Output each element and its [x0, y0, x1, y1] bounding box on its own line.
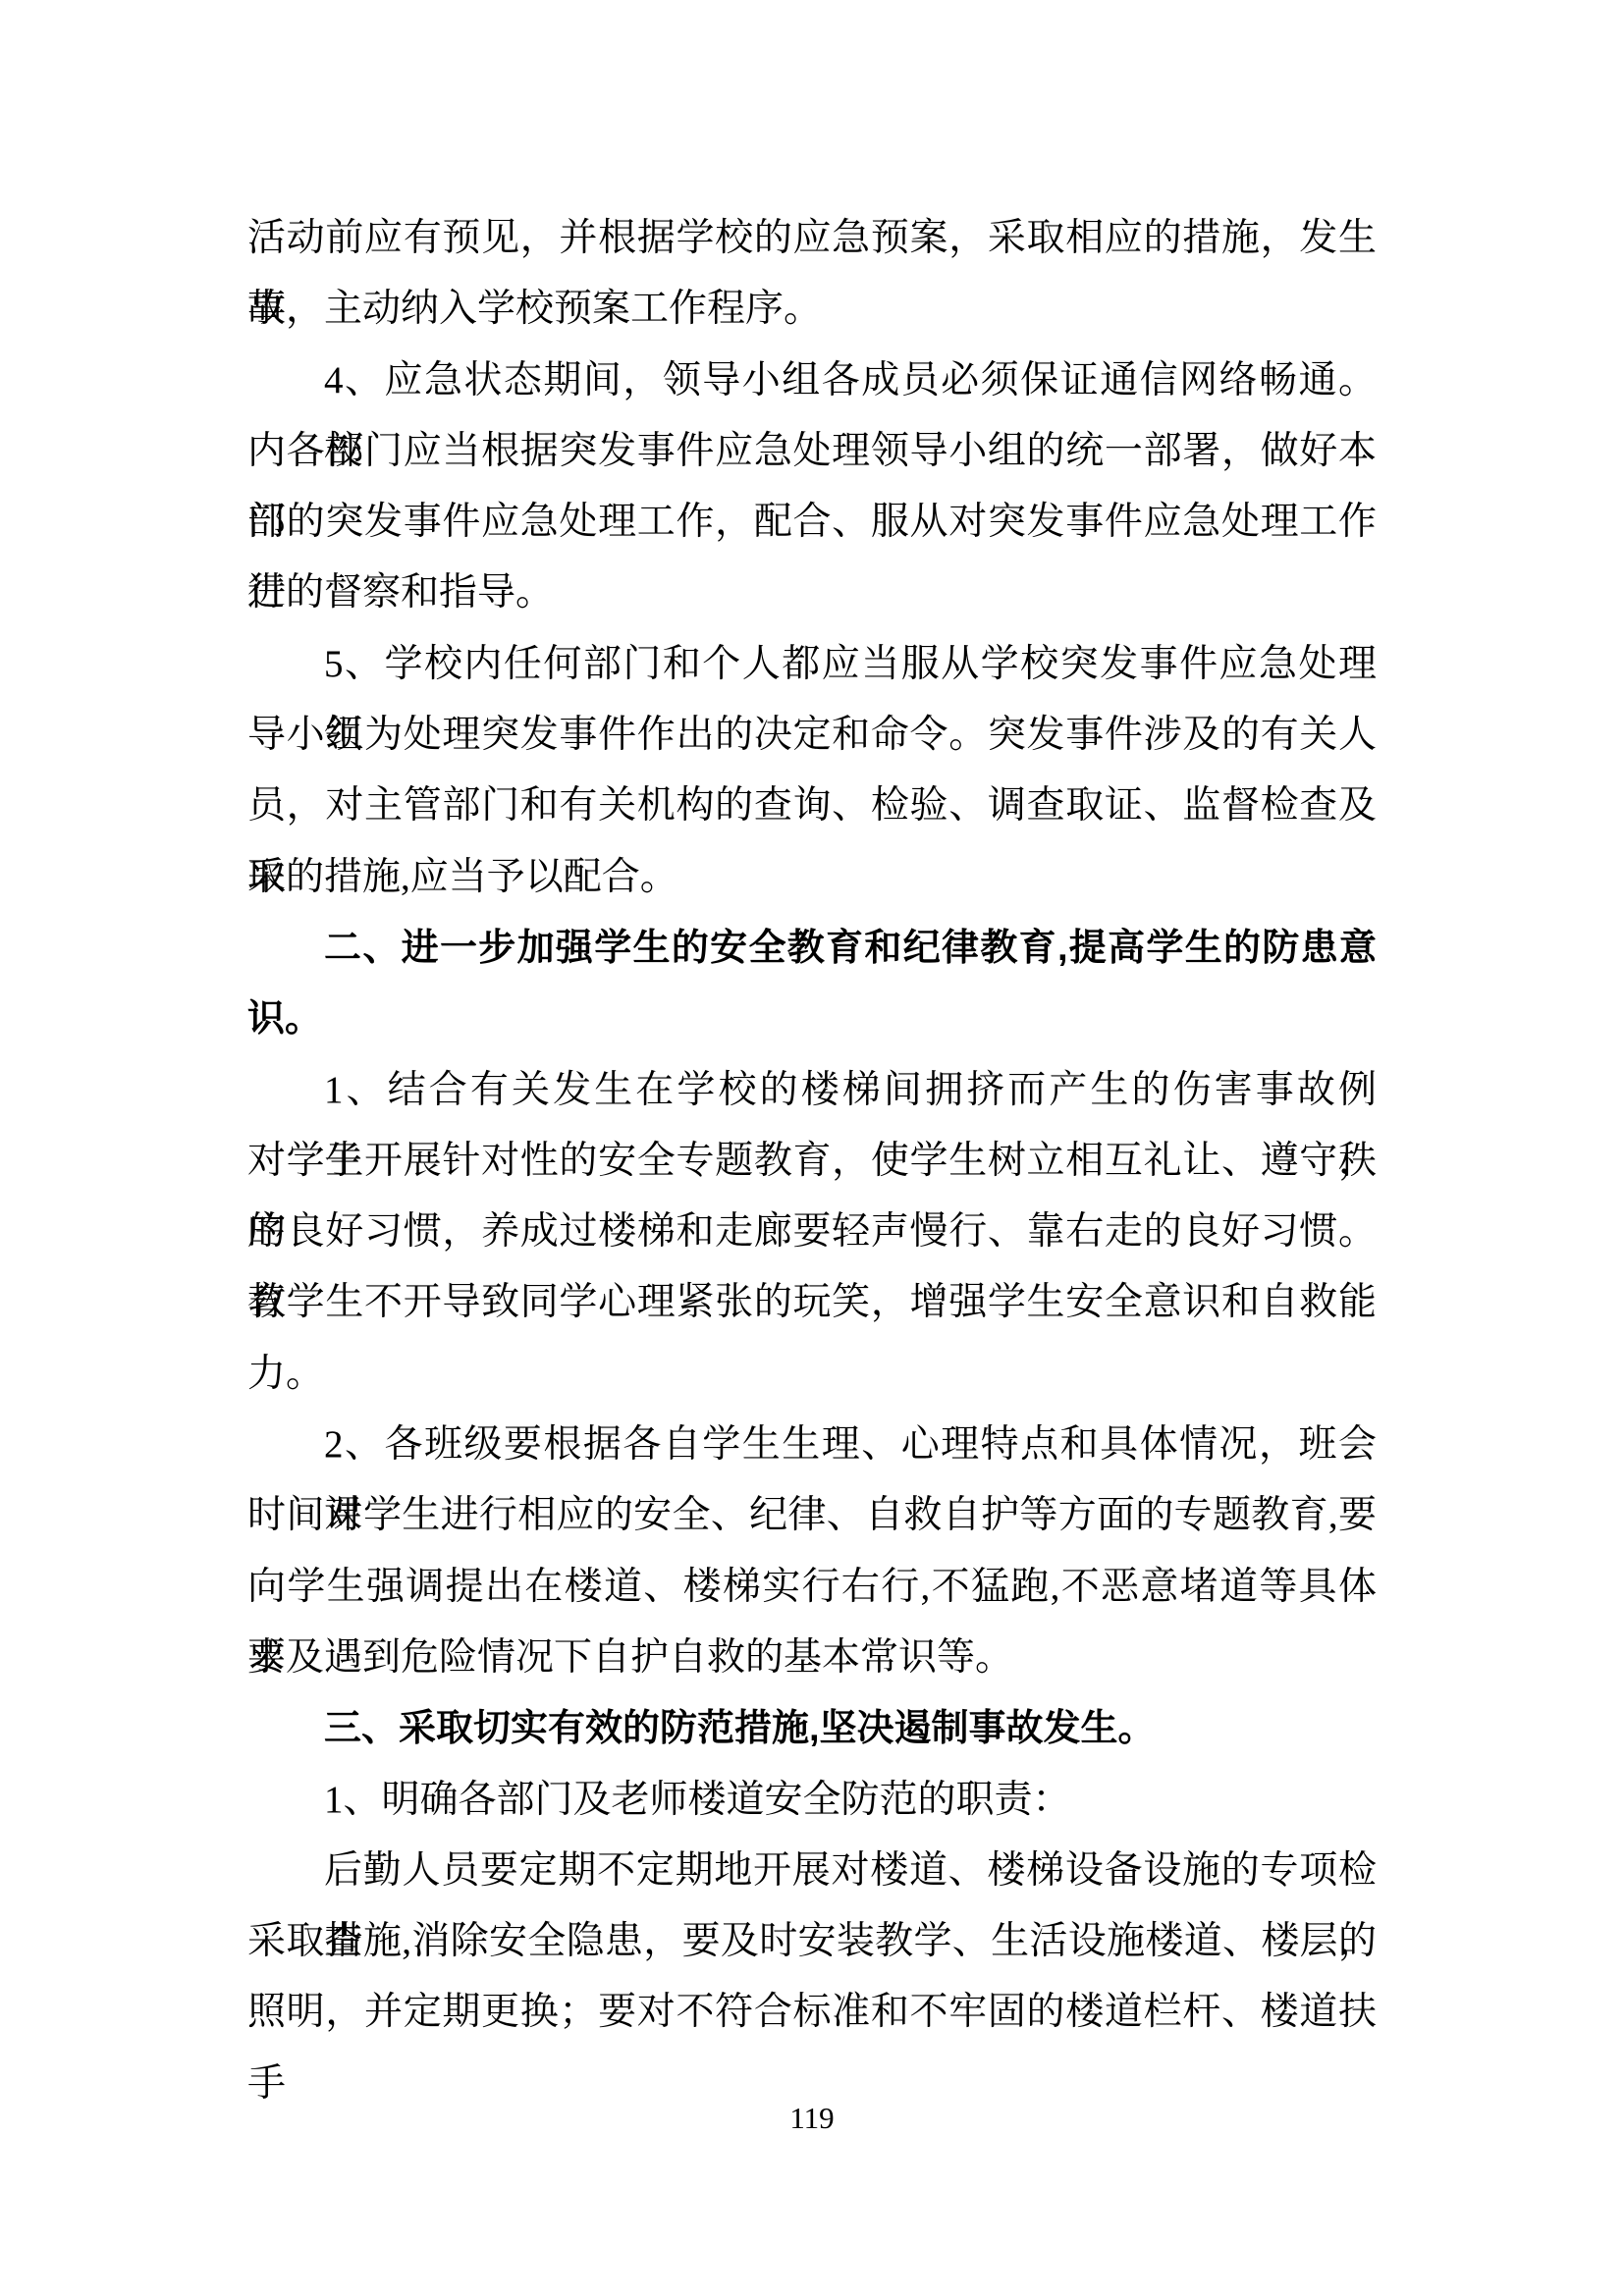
text-line: 5、学校内任何部门和个人都应当服从学校突发事件应急处理领	[247, 629, 1377, 700]
text-line: 求及遇到危险情况下自护自救的基本常识等。	[247, 1623, 1377, 1693]
text-line: 1、结合有关发生在学校的楼梯间拥挤而产生的伤害事故例子，	[247, 1055, 1377, 1126]
text-line: 向学生强调提出在楼道、楼梯实行右行,不猛跑,不恶意堵道等具体要	[247, 1552, 1377, 1623]
text-line: 育学生不开导致同学心理紧张的玩笑，增强学生安全意识和自救能	[247, 1267, 1377, 1338]
text-line: 取的措施,应当予以配合。	[247, 842, 1377, 913]
text-line: 的良好习惯，养成过楼梯和走廊要轻声慢行、靠右走的良好习惯。教	[247, 1197, 1377, 1267]
text-line: 内各部门应当根据突发事件应急处理领导小组的统一部署，做好本部	[247, 416, 1377, 487]
text-line: 力。	[247, 1339, 1377, 1410]
document-body: 活动前应有预见，并根据学校的应急预案，采取相应的措施，发生事故，主动纳入学校预案…	[247, 203, 1377, 2049]
page-number: 119	[0, 2099, 1624, 2138]
heading-line: 三、采取切实有效的防范措施,坚决遏制事故发生。	[247, 1693, 1377, 1764]
text-line: 4、应急状态期间，领导小组各成员必须保证通信网络畅通。校	[247, 346, 1377, 416]
text-line: 时间对学生进行相应的安全、纪律、自救自护等方面的专题教育,要	[247, 1480, 1377, 1551]
text-line: 采取措施,消除安全隐患，要及时安装教学、生活设施楼道、楼层的	[247, 1906, 1377, 1977]
heading-line: 二、进一步加强学生的安全教育和纪律教育,提高学生的防患意	[247, 913, 1377, 984]
heading-line: 识。	[247, 984, 1377, 1054]
document-page: 活动前应有预见，并根据学校的应急预案，采取相应的措施，发生事故，主动纳入学校预案…	[0, 0, 1624, 2296]
text-line: 活动前应有预见，并根据学校的应急预案，采取相应的措施，发生事	[247, 203, 1377, 274]
text-line: 1、明确各部门及老师楼道安全防范的职责：	[247, 1765, 1377, 1836]
text-line: 照明，并定期更换；要对不符合标准和不牢固的楼道栏杆、楼道扶手	[247, 1977, 1377, 2048]
text-line: 导小组为处理突发事件作出的决定和命令。突发事件涉及的有关人	[247, 700, 1377, 771]
text-line: 对学生开展针对性的安全专题教育，使学生树立相互礼让、遵守秩序	[247, 1126, 1377, 1197]
text-line: 故，主动纳入学校预案工作程序。	[247, 274, 1377, 345]
text-line: 员，对主管部门和有关机构的查询、检验、调查取证、监督检查及采	[247, 771, 1377, 841]
text-line: 门的突发事件应急处理工作，配合、服从对突发事件应急处理工作进	[247, 487, 1377, 558]
text-line: 行的督察和指导。	[247, 558, 1377, 628]
text-line: 后勤人员要定期不定期地开展对楼道、楼梯设备设施的专项检查，	[247, 1836, 1377, 1906]
text-line: 2、各班级要根据各自学生生理、心理特点和具体情况，班会课	[247, 1410, 1377, 1480]
